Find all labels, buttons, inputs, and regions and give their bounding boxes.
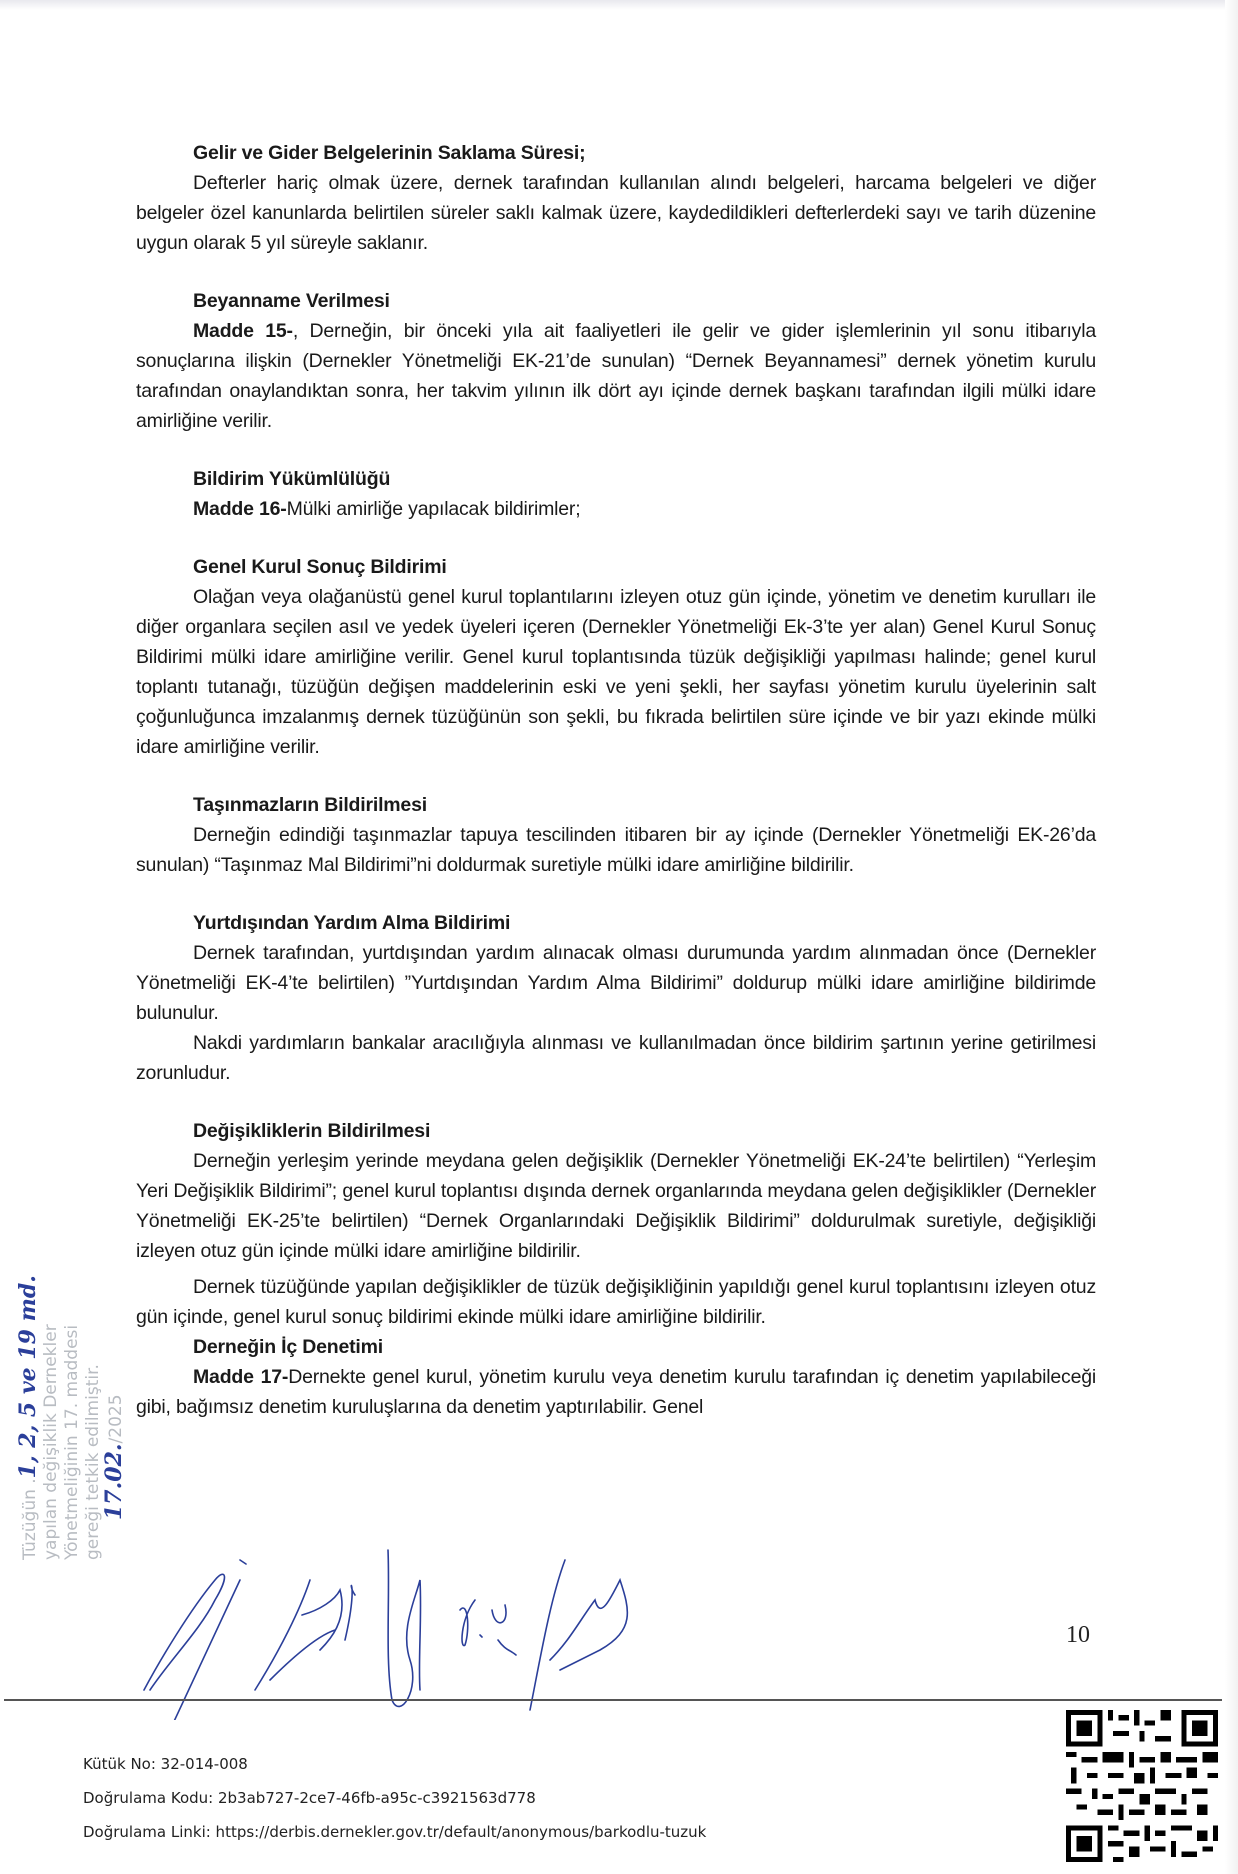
verification-code: Doğrulama Kodu: 2b3ab727-2ce7-46fb-a95c-… — [83, 1786, 706, 1820]
section-heading: Beyanname Verilmesi — [136, 286, 1096, 316]
signature-1 — [144, 1560, 246, 1720]
scan-right-edge — [1225, 0, 1238, 1874]
footer: Kütük No: 32-014-008 Doğrulama Kodu: 2b3… — [83, 1752, 706, 1854]
verification-stamp: Tüzüğün .1, 2, 5 ve 19 md. yapılan değiş… — [18, 1275, 127, 1560]
page-number: 10 — [1066, 1622, 1090, 1649]
section-heading: Taşınmazların Bildirilmesi — [136, 790, 1096, 820]
qr-code-icon[interactable] — [1066, 1710, 1218, 1862]
section-heading: Yurtdışından Yardım Alma Bildirimi — [136, 908, 1096, 938]
document-page: Gelir ve Gider Belgelerinin Saklama Süre… — [136, 138, 1096, 1422]
section-heading: Bildirim Yükümlülüğü — [136, 464, 1096, 494]
article-label: Madde 17- — [193, 1366, 288, 1388]
signature-5 — [530, 1560, 627, 1710]
article-text: Mülki amirliğe yapılacak bildirimler; — [287, 498, 581, 520]
stamp-text: yapılan değişiklik Dernekler — [41, 1275, 62, 1560]
stamp-text: /2025 — [106, 1394, 126, 1443]
article-label: Madde 15- — [193, 320, 293, 342]
handwritten-date: 17.02. — [101, 1443, 127, 1520]
footer-divider — [4, 1699, 1222, 1701]
paragraph: Nakdi yardımların bankalar aracılığıyla … — [136, 1028, 1096, 1088]
stamp-text: gereği tetkik edilmiştir. — [83, 1364, 103, 1560]
article-paragraph: Madde 17-Dernekte genel kurul, yönetim k… — [136, 1362, 1096, 1422]
handwritten-articles: 1, 2, 5 ve 19 md. — [15, 1275, 41, 1478]
signature-4 — [460, 1600, 516, 1655]
article-paragraph: Madde 16-Mülki amirliğe yapılacak bildir… — [136, 494, 1096, 524]
paragraph: Derneğin edindiği taşınmazlar tapuya tes… — [136, 820, 1096, 880]
paragraph: Dernek tarafından, yurtdışından yardım a… — [136, 938, 1096, 1028]
stamp-text: Tüzüğün . — [20, 1478, 40, 1560]
paragraph: Defterler hariç olmak üzere, dernek tara… — [136, 168, 1096, 258]
signatures — [130, 1540, 1010, 1720]
section-heading: Gelir ve Gider Belgelerinin Saklama Süre… — [136, 138, 1096, 168]
signature-3 — [388, 1550, 421, 1706]
stamp-text: Yönetmeliğinin 17. maddesi — [62, 1275, 83, 1560]
article-label: Madde 16- — [193, 498, 287, 520]
article-paragraph: Madde 15-, Derneğin, bir önceki yıla ait… — [136, 316, 1096, 436]
signature-2 — [255, 1580, 355, 1690]
paragraph: Derneğin yerleşim yerinde meydana gelen … — [136, 1146, 1096, 1266]
verification-link[interactable]: Doğrulama Linki: https://derbis.dernekle… — [83, 1820, 706, 1854]
paragraph: Olağan veya olağanüstü genel kurul topla… — [136, 582, 1096, 762]
paragraph: Dernek tüzüğünde yapılan değişiklikler d… — [136, 1272, 1096, 1332]
scan-top-edge — [0, 0, 1238, 10]
section-heading: Genel Kurul Sonuç Bildirimi — [136, 552, 1096, 582]
kutuk-no: Kütük No: 32-014-008 — [83, 1752, 706, 1786]
section-heading: Değişikliklerin Bildirilmesi — [136, 1116, 1096, 1146]
section-heading: Derneğin İç Denetimi — [136, 1332, 1096, 1362]
